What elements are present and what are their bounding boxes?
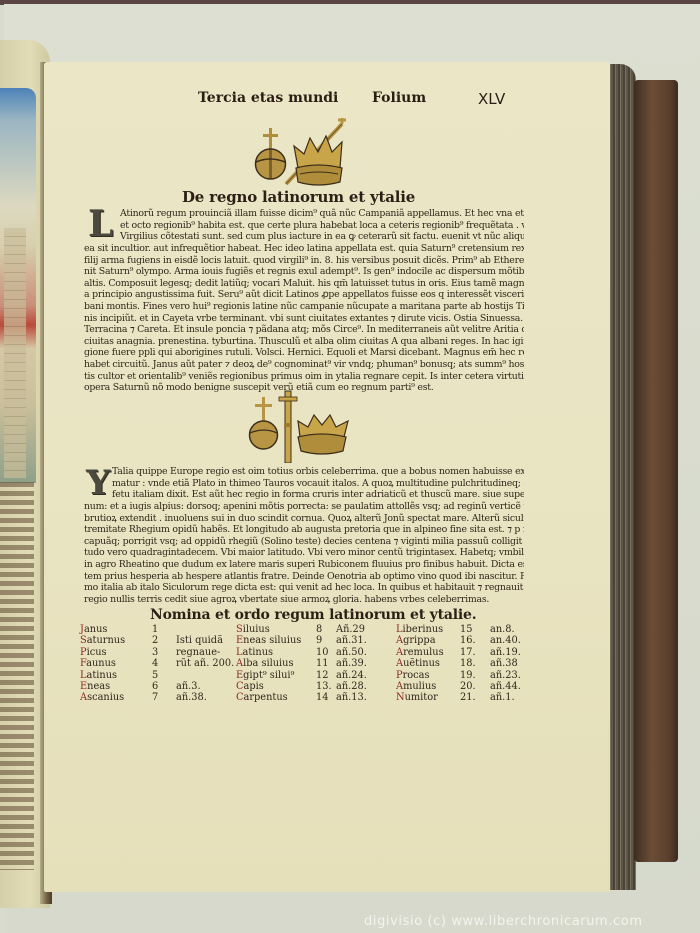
paragraph-line: Terracina ⁊ Careta. Et insule poncia ⁊ p… [84, 324, 524, 336]
paragraph-line: nit Saturn⁹ olympo. Arma iouis fugiẽs et… [84, 266, 524, 278]
kings-col-3-names: Liberinus Agrippa Aremulus Auẽtinus Proc… [396, 624, 444, 704]
paragraph-line: Virgilius cõtestati sunt. sed cum plus i… [120, 231, 524, 243]
kings-col-2-numbers: 8 9 10 11 12 13. 14 [316, 624, 332, 704]
orb-and-crown-woodcut [254, 118, 358, 190]
paragraph-line: a principio angustissima fuit. Seru⁹ aũt… [84, 289, 524, 301]
king-name: Picus [80, 647, 125, 658]
king-name: Capis [236, 681, 301, 692]
king-number: 1 [152, 624, 158, 635]
king-number: 13. [316, 681, 332, 692]
paragraph-line: tremitate Rhegium opidũ habẽs. Et longit… [84, 524, 524, 536]
king-name: Alba siluius [236, 658, 301, 669]
paragraph-2: num: et a iugis alpius: dorsoq; apenini … [84, 501, 524, 605]
king-note: añ.39. [336, 658, 367, 669]
left-page-woodcut-illustration [0, 88, 36, 483]
king-note: Isti quidã [176, 635, 234, 646]
king-note: añ.31. [336, 635, 367, 646]
king-note: añ.19. [490, 647, 521, 658]
king-name: Ascanius [80, 692, 125, 703]
paragraph-line: matur : vnde etiã Plato in thimeo Tauros… [112, 478, 524, 490]
king-number: 20. [460, 681, 476, 692]
castle-tower-illustration [4, 228, 26, 478]
king-number: 12 [316, 670, 332, 681]
orb-scepter-crown-woodcut [248, 387, 358, 463]
king-note: añ.44. [490, 681, 521, 692]
king-name: Numitor [396, 692, 444, 703]
king-name: Carpentus [236, 692, 301, 703]
paragraph-1: ea sit incultior. aut infrequẽtior habea… [84, 243, 524, 394]
kings-col-1-notes: Isti quidã regnaue- rũt añ. 200. añ.3. a… [176, 624, 234, 704]
king-number: 16. [460, 635, 476, 646]
king-note: añ.38 [490, 658, 521, 669]
left-page-text-fragment [0, 480, 34, 870]
paragraph-line: tudo vero quadragintadecem. Vbi maior la… [84, 547, 524, 559]
king-name: Egipt⁹ silui⁹ [236, 670, 301, 681]
running-head-left-text: Tercia etas mundi [198, 90, 338, 106]
paragraph-line: tis cultor et orientalib⁹ veniẽs regioni… [84, 371, 524, 383]
paragraph-line: brutioꝝ extendit . inuoluens sui in duo … [84, 513, 524, 525]
book-cover-edge [634, 80, 678, 862]
king-note: añ.50. [336, 647, 367, 658]
king-name: Liberinus [396, 624, 444, 635]
king-number: 17. [460, 647, 476, 658]
king-name: Procas [396, 670, 444, 681]
watermark: digivisio (c) www.liberchronicarum.com [364, 914, 643, 929]
paragraph-line: habet circuitũ. Janus aũt pater ⁊ deoꝝ d… [84, 359, 524, 371]
king-name: Eneas siluius [236, 635, 301, 646]
king-note: regnaue- [176, 647, 234, 658]
king-number: 5 [152, 670, 158, 681]
king-number: 14 [316, 692, 332, 703]
page-block-edge [606, 64, 636, 890]
king-number: 15 [460, 624, 476, 635]
king-name: Auẽtinus [396, 658, 444, 669]
king-note: rũt añ. 200. [176, 658, 234, 669]
king-name: Janus [80, 624, 125, 635]
king-number: 3 [152, 647, 158, 658]
paragraph-line: ea sit incultior. aut infrequẽtior habea… [84, 243, 524, 255]
paragraph-line: Atinorũ regum prouinciã illam fuisse dic… [120, 208, 524, 220]
king-number: 10 [316, 647, 332, 658]
kings-table-title: Nomina et ordo regum latinorum et ytalie… [150, 607, 476, 623]
kings-col-2-names: Siluius Eneas siluius Latinus Alba silui… [236, 624, 301, 704]
king-note [176, 624, 234, 635]
initial-capital-L: L [88, 206, 113, 242]
paragraph-line: mo italia ab italo Siculorum rege dicta … [84, 582, 524, 594]
king-number: 4 [152, 658, 158, 669]
king-name: Saturnus [80, 635, 125, 646]
kings-col-3-notes: an.8. an.40. añ.19. añ.38 añ.23. añ.44. … [490, 624, 521, 704]
king-number: 19. [460, 670, 476, 681]
kings-col-1-names: Janus Saturnus Picus Faunus Latinus Enea… [80, 624, 125, 704]
king-number: 8 [316, 624, 332, 635]
king-note: Añ.29 [336, 624, 367, 635]
running-head-center: Folium [372, 90, 426, 106]
kings-col-3-numbers: 15 16. 17. 18. 19. 20. 21. [460, 624, 476, 704]
king-note: añ.13. [336, 692, 367, 703]
king-note: añ.24. [336, 670, 367, 681]
paragraph-line: capuãq; porrigit vsq; ad oppidũ rhegiũ (… [84, 536, 524, 548]
kings-col-1-numbers: 1 2 3 4 5 6 7 [152, 624, 158, 704]
paragraph-line: et octo regionib⁹ habita est. que certe … [120, 220, 524, 232]
kings-col-2-notes: Añ.29 añ.31. añ.50. añ.39. añ.24. añ.28.… [336, 624, 367, 704]
paragraph-line: altis. Composuit legesq; dedit latiũq; v… [84, 278, 524, 290]
king-name: Amulius [396, 681, 444, 692]
paragraph-line: filij arma fugiens in eisdẽ locis latuit… [84, 255, 524, 267]
crown-with-scepter-icon [254, 118, 358, 190]
paragraph-2-indented: Talia quippe Europe regio est oim totius… [112, 466, 524, 501]
king-name: Latinus [236, 647, 301, 658]
king-name: Agrippa [396, 635, 444, 646]
king-number: 7 [152, 692, 158, 703]
initial-capital-Y-text: Y [86, 463, 110, 503]
king-note: añ.38. [176, 692, 234, 703]
paragraph-line: gione fuere ppli qui aborigines rutuli. … [84, 347, 524, 359]
king-number: 9 [316, 635, 332, 646]
paragraph-line: nis incipiũt. et in Cayeta vrbe terminan… [84, 313, 524, 325]
running-head-left: Tercia etas mundi [198, 90, 338, 106]
watermark-text: digivisio (c) www.liberchronicarum.com [364, 914, 643, 929]
paragraph-line: in agro Rheatino que dudum ex latere mar… [84, 559, 524, 571]
king-number: 2 [152, 635, 158, 646]
crown-icon [248, 387, 358, 463]
king-note: añ.3. [176, 681, 234, 692]
section-heading-text: De regno latinorum et ytalie [182, 188, 415, 206]
section-heading: De regno latinorum et ytalie [182, 188, 415, 206]
paragraph-line: Talia quippe Europe regio est oim totius… [112, 466, 524, 478]
king-name: Latinus [80, 670, 125, 681]
king-number: 21. [460, 692, 476, 703]
paragraph-line: num: et a iugis alpius: dorsoq; apenini … [84, 501, 524, 513]
paragraph-1-indented: Atinorũ regum prouinciã illam fuisse dic… [120, 208, 524, 243]
folio-number-text: XLV [478, 90, 505, 108]
paragraph-line: regio nullis terris cedit siue agroꝝ vbe… [84, 594, 524, 606]
king-number: 11 [316, 658, 332, 669]
king-number: 18. [460, 658, 476, 669]
running-head-center-text: Folium [372, 90, 426, 106]
king-note: añ.28. [336, 681, 367, 692]
king-note: añ.1. [490, 692, 521, 703]
paragraph-line: ciuitas anagnia. prenestina. tyburtina. … [84, 336, 524, 348]
king-name: Siluius [236, 624, 301, 635]
paragraph-line: bani montis. Fines vero hui⁹ regionis la… [84, 301, 524, 313]
paragraph-line: tem prius hesperia ab hespere atlantis f… [84, 571, 524, 583]
king-number: 6 [152, 681, 158, 692]
king-name: Aremulus [396, 647, 444, 658]
king-note: an.8. [490, 624, 521, 635]
king-note [176, 670, 234, 681]
initial-capital-Y: Y [86, 466, 110, 500]
folio-number: XLV [478, 90, 505, 108]
kings-table-title-text: Nomina et ordo regum latinorum et ytalie… [150, 607, 476, 623]
paragraph-line: fetu italiam dixit. Est aũt hec regio in… [112, 489, 524, 501]
king-note: añ.23. [490, 670, 521, 681]
king-name: Faunus [80, 658, 125, 669]
initial-capital-L-text: L [88, 203, 113, 245]
king-name: Eneas [80, 681, 125, 692]
king-note: an.40. [490, 635, 521, 646]
